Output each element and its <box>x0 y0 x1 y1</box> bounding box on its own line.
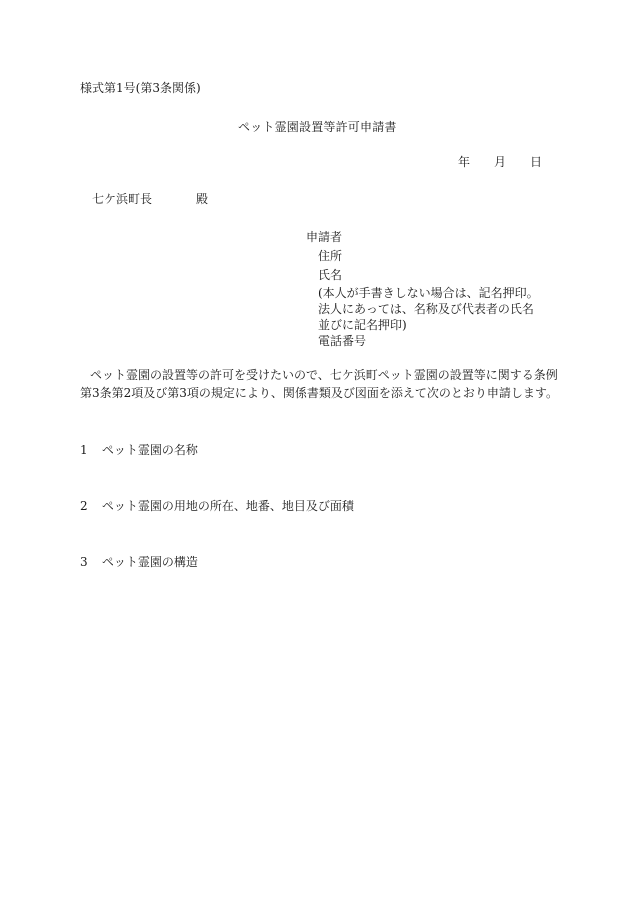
date-line: 年 月 日 <box>456 154 546 170</box>
list-item: 3 ペット霊園の構造 <box>80 554 198 570</box>
item-label: ペット霊園の名称 <box>102 443 198 457</box>
applicant-note-line: 法人にあっては、名称及び代表者の氏名 <box>318 301 534 317</box>
item-number: 2 <box>80 498 98 514</box>
list-item: 2 ペット霊園の用地の所在、地番、地目及び面積 <box>80 498 354 514</box>
applicant-address-label: 住所 <box>318 248 342 264</box>
body-paragraph-line: ペット霊園の設置等の許可を受けたいので、七ケ浜町ペット霊園の設置等に関する条例 <box>90 367 558 383</box>
item-label: ペット霊園の用地の所在、地番、地目及び面積 <box>102 499 354 513</box>
applicant-note-line: (本人が手書きしない場合は、記名押印。 <box>318 285 539 301</box>
addressee-honorific: 殿 <box>196 191 208 207</box>
list-item: 1 ペット霊園の名称 <box>80 442 198 458</box>
applicant-label: 申請者 <box>306 229 342 245</box>
applicant-phone-label: 電話番号 <box>318 333 366 349</box>
form-number: 様式第1号(第3条関係) <box>80 80 201 96</box>
date-month-label: 月 <box>494 154 506 170</box>
item-number: 1 <box>80 442 98 458</box>
body-paragraph-line: 第3条第2項及び第3項の規定により、関係書類及び図面を添えて次のとおり申請します… <box>80 385 558 401</box>
date-day-label: 日 <box>530 154 542 170</box>
date-year-label: 年 <box>458 154 470 170</box>
item-number: 3 <box>80 554 98 570</box>
document-title: ペット霊園設置等許可申請書 <box>238 119 397 135</box>
document-page: 様式第1号(第3条関係) ペット霊園設置等許可申請書 年 月 日 七ケ浜町長 殿… <box>0 0 630 903</box>
item-label: ペット霊園の構造 <box>102 555 198 569</box>
addressee-name: 七ケ浜町長 <box>92 191 152 207</box>
applicant-note-line: 並びに記名押印) <box>318 317 407 333</box>
applicant-name-label: 氏名 <box>318 267 342 283</box>
